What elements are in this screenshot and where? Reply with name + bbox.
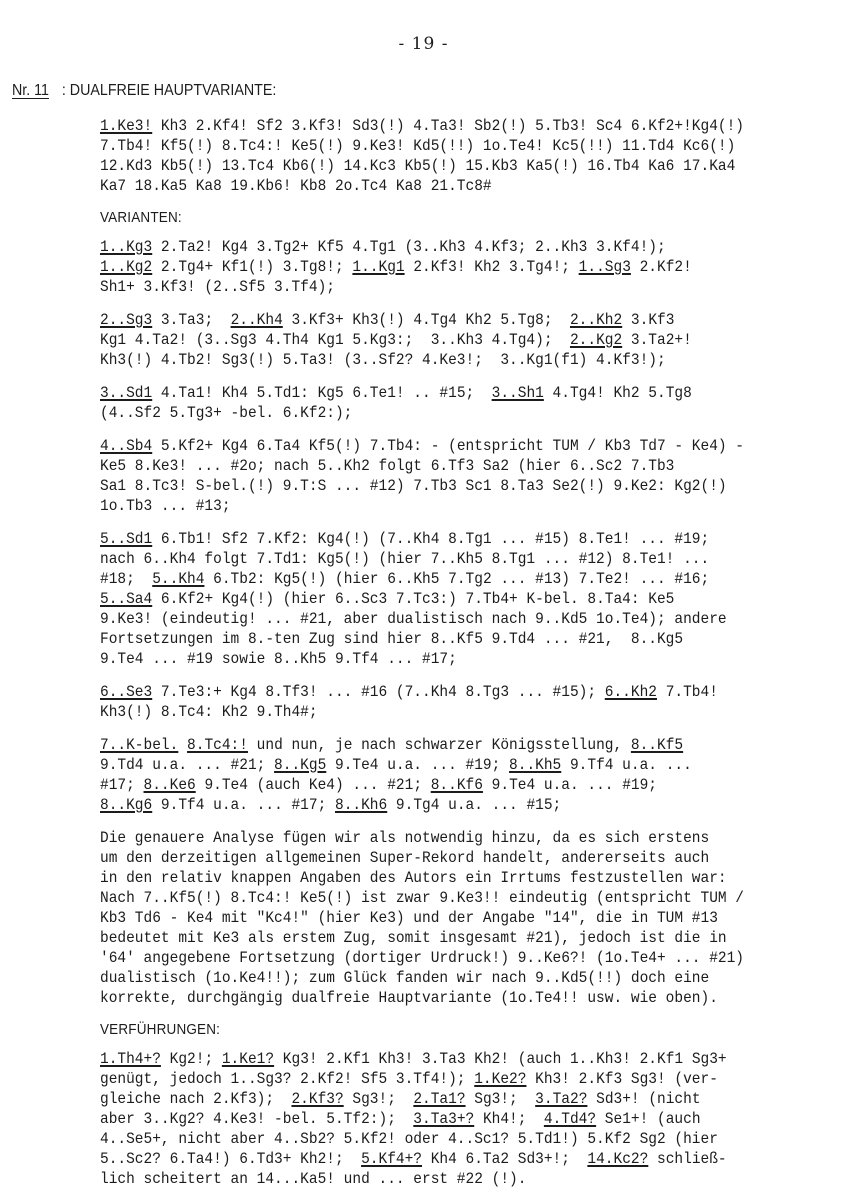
variation-paragraph: 1..Kg3 2.Ta2! Kg4 3.Tg2+ Kf5 4.Tg1 (3..K… — [100, 237, 840, 297]
variation-paragraph: 7..K-bel. 8.Tc4:! und nun, je nach schwa… — [100, 735, 840, 815]
underlined-move: 8..Kf6 — [431, 776, 483, 794]
text-line: 4..Sb4 5.Kf2+ Kg4 6.Ta4 Kf5(!) 7.Tb4: - … — [100, 436, 788, 456]
move-text: Kg2!; — [161, 1050, 222, 1068]
text-line: dualistisch (1o.Ke4!!); zum Glück fanden… — [100, 968, 788, 988]
move-text: 9.Te4 (auch Ke4) ... #21; — [196, 776, 431, 794]
underlined-move: 1.Ke2? — [474, 1070, 526, 1088]
text-line: aber 3..Kg2? 4.Ke3! -bel. 5.Tf2:); 3.Ta3… — [100, 1109, 788, 1129]
move-text: 5.Kf2+ Kg4 6.Ta4 Kf5(!) 7.Tb4: - (entspr… — [152, 437, 744, 455]
text-line: 9.Te4 ... #19 sowie 8..Kh5 9.Tf4 ... #17… — [100, 649, 788, 669]
underlined-move: 2.Kf3? — [291, 1090, 343, 1108]
move-text — [178, 736, 187, 754]
move-text: 6.Kf2+ Kg4(!) (hier 6..Sc3 7.Tc3:) 7.Tb4… — [152, 590, 674, 608]
section-heading: VARIANTEN: — [100, 209, 766, 226]
underlined-move: 2..Sg3 — [100, 311, 152, 329]
move-text: 4..Se5+, nicht aber 4..Sb2? 5.Kf2! oder … — [100, 1130, 718, 1148]
underlined-move: 8..Kg6 — [100, 796, 152, 814]
variation-paragraph: 5..Sd1 6.Tb1! Sf2 7.Kf2: Kg4(!) (7..Kh4 … — [100, 529, 840, 669]
text-line: Nach 7..Kf5(!) 8.Tc4:! Ke5(!) ist zwar 9… — [100, 888, 788, 908]
text-line: in den relativ knappen Angaben des Autor… — [100, 868, 788, 888]
problem-title: : DUALFREIE HAUPTVARIANTE: — [62, 82, 276, 99]
move-text: Kh3! 2.Kf3 Sg3! (ver- — [526, 1070, 717, 1088]
move-text: Ka7 18.Ka5 Ka8 19.Kb6! Kb8 2o.Tc4 Ka8 21… — [100, 177, 492, 195]
underlined-move: 5.Kf4+? — [361, 1150, 422, 1168]
move-text: Ke5 8.Ke3! ... #2o; nach 5..Kh2 folgt 6.… — [100, 457, 674, 475]
move-text: Sd3+! (nicht — [587, 1090, 700, 1108]
move-text: 2.Kf3! Kh2 3.Tg4!; — [405, 258, 579, 276]
move-text: 3.Ta2+! — [622, 331, 692, 349]
move-text: Sg3!; — [466, 1090, 536, 1108]
move-text: 7.Tb4! Kf5(!) 8.Tc4:! Ke5(!) 9.Ke3! Kd5(… — [100, 137, 735, 155]
underlined-move: 2..Kh4 — [231, 311, 283, 329]
move-text: 2.Tg4+ Kf1(!) 3.Tg8!; — [152, 258, 352, 276]
move-text: genügt, jedoch 1..Sg3? 2.Kf2! Sf5 3.Tf4!… — [100, 1070, 474, 1088]
text-line: lich scheitert an 14...Ka5! und ... erst… — [100, 1169, 788, 1189]
underlined-move: 6..Se3 — [100, 683, 152, 701]
section-verfuehrungen: VERFÜHRUNGEN:1.Th4+? Kg2!; 1.Ke1? Kg3! 2… — [100, 1021, 840, 1189]
underlined-move: 2.Ta1? — [413, 1090, 465, 1108]
move-text: 9.Tg4 u.a. ... #15; — [387, 796, 561, 814]
text-line: Kh3(!) 8.Tc4: Kh2 9.Th4#; — [100, 702, 788, 722]
move-text: 4.Ta1! Kh4 5.Td1: Kg5 6.Te1! .. #15; — [152, 384, 491, 402]
move-text: schließ- — [648, 1150, 726, 1168]
underlined-move: 8..Kh5 — [509, 756, 561, 774]
text-line: #17; 8..Ke6 9.Te4 (auch Ke4) ... #21; 8.… — [100, 775, 788, 795]
text-line: gleiche nach 2.Kf3); 2.Kf3? Sg3!; 2.Ta1?… — [100, 1089, 788, 1109]
underlined-move: 2..Kh2 — [570, 311, 622, 329]
text-line: Ka7 18.Ka5 Ka8 19.Kb6! Kb8 2o.Tc4 Ka8 21… — [100, 176, 788, 196]
move-text: Sh1+ 3.Kf3! (2..Sf5 3.Tf4); — [100, 278, 335, 296]
underlined-move: 1.Th4+? — [100, 1050, 161, 1068]
move-text: in den relativ knappen Angaben des Autor… — [100, 869, 727, 887]
move-text: dualistisch (1o.Ke4!!); zum Glück fanden… — [100, 969, 709, 987]
move-text: bedeutet mit Ke3 als erstem Zug, somit i… — [100, 929, 727, 947]
underlined-move: 1..Kg3 — [100, 238, 152, 256]
text-line: 7..K-bel. 8.Tc4:! und nun, je nach schwa… — [100, 735, 788, 755]
underlined-move: 1..Kg1 — [352, 258, 404, 276]
text-line: 2..Sg3 3.Ta3; 2..Kh4 3.Kf3+ Kh3(!) 4.Tg4… — [100, 310, 788, 330]
move-text: Kh3(!) 8.Tc4: Kh2 9.Th4#; — [100, 703, 318, 721]
move-text: gleiche nach 2.Kf3); — [100, 1090, 291, 1108]
move-text: 4.Tg4! Kh2 5.Tg8 — [544, 384, 692, 402]
text-line: 7.Tb4! Kf5(!) 8.Tc4:! Ke5(!) 9.Ke3! Kd5(… — [100, 136, 788, 156]
move-text: Se1+! (auch — [596, 1110, 700, 1128]
problem-number: Nr. 11 — [12, 82, 49, 99]
text-line: #18; 5..Kh4 6.Tb2: Kg5(!) (hier 6..Kh5 7… — [100, 569, 788, 589]
text-line: 4..Se5+, nicht aber 4..Sb2? 5.Kf2! oder … — [100, 1129, 788, 1149]
variation-paragraph: 3..Sd1 4.Ta1! Kh4 5.Td1: Kg5 6.Te1! .. #… — [100, 383, 840, 423]
underlined-move: 5..Sa4 — [100, 590, 152, 608]
move-text: 12.Kd3 Kb5(!) 13.Tc4 Kb6(!) 14.Kc3 Kb5(!… — [100, 157, 735, 175]
underlined-move: 4.Td4? — [544, 1110, 596, 1128]
underlined-move: 7..K-bel. — [100, 736, 178, 754]
document-body: 1.Ke3! Kh3 2.Kf4! Sf2 3.Kf3! Sd3(!) 4.Ta… — [100, 116, 840, 1202]
move-text: 9.Td4 u.a. ... #21; — [100, 756, 274, 774]
move-text: 2.Ta2! Kg4 3.Tg2+ Kf5 4.Tg1 (3..Kh3 4.Kf… — [152, 238, 665, 256]
move-text: 9.Te4 u.a. ... #19; — [483, 776, 657, 794]
move-text: 5..Sc2? 6.Ta4!) 6.Td3+ Kh2!; — [100, 1150, 361, 1168]
text-line: 1o.Tb3 ... #13; — [100, 496, 788, 516]
move-text: Kg1 4.Ta2! (3..Sg3 4.Th4 Kg1 5.Kg3:; 3..… — [100, 331, 570, 349]
variation-paragraph: 1.Th4+? Kg2!; 1.Ke1? Kg3! 2.Kf1 Kh3! 3.T… — [100, 1049, 840, 1189]
text-line: 1.Th4+? Kg2!; 1.Ke1? Kg3! 2.Kf1 Kh3! 3.T… — [100, 1049, 788, 1069]
move-text: 3.Kf3 — [622, 311, 674, 329]
move-text: 7.Te3:+ Kg4 8.Tf3! ... #16 (7..Kh4 8.Tg3… — [152, 683, 605, 701]
move-text: Kh3 2.Kf4! Sf2 3.Kf3! Sd3(!) 4.Ta3! Sb2(… — [152, 117, 744, 135]
underlined-move: 1.Ke1? — [222, 1050, 274, 1068]
text-line: 12.Kd3 Kb5(!) 13.Tc4 Kb6(!) 14.Kc3 Kb5(!… — [100, 156, 788, 176]
move-text: 9.Te4 u.a. ... #19; — [326, 756, 509, 774]
underlined-move: 8..Kh6 — [335, 796, 387, 814]
move-text: #17; — [100, 776, 144, 794]
move-text: (4..Sf2 5.Tg3+ -bel. 6.Kf2:); — [100, 404, 352, 422]
text-line: 5..Sa4 6.Kf2+ Kg4(!) (hier 6..Sc3 7.Tc3:… — [100, 589, 788, 609]
problem-header: Nr. 11: DUALFREIE HAUPTVARIANTE: — [12, 82, 276, 100]
move-text: 3.Kf3+ Kh3(!) 4.Tg4 Kh2 5.Tg8; — [283, 311, 570, 329]
move-text: Sg3!; — [344, 1090, 414, 1108]
underlined-move: 8..Kf5 — [631, 736, 683, 754]
move-text: #18; — [100, 570, 152, 588]
text-line: 5..Sd1 6.Tb1! Sf2 7.Kf2: Kg4(!) (7..Kh4 … — [100, 529, 788, 549]
variation-paragraph: 6..Se3 7.Te3:+ Kg4 8.Tf3! ... #16 (7..Kh… — [100, 682, 840, 722]
move-text: Kg3! 2.Kf1 Kh3! 3.Ta3 Kh2! (auch 1..Kh3!… — [274, 1050, 727, 1068]
move-text: 6.Tb1! Sf2 7.Kf2: Kg4(!) (7..Kh4 8.Tg1 .… — [152, 530, 709, 548]
underlined-move: 14.Kc2? — [587, 1150, 648, 1168]
move-text: Nach 7..Kf5(!) 8.Tc4:! Ke5(!) ist zwar 9… — [100, 889, 744, 907]
underlined-move: 3.Ta3+? — [413, 1110, 474, 1128]
text-line: genügt, jedoch 1..Sg3? 2.Kf2! Sf5 3.Tf4!… — [100, 1069, 788, 1089]
move-text: nach 6..Kh4 folgt 7.Td1: Kg5(!) (hier 7.… — [100, 550, 709, 568]
move-text: 9.Te4 ... #19 sowie 8..Kh5 9.Tf4 ... #17… — [100, 650, 457, 668]
underlined-move: 5..Sd1 — [100, 530, 152, 548]
move-text: 9.Ke3! (eindeutig! ... #21, aber dualist… — [100, 610, 727, 628]
section-main-line: 1.Ke3! Kh3 2.Kf4! Sf2 3.Kf3! Sd3(!) 4.Ta… — [100, 116, 840, 196]
move-text: und nun, je nach schwarzer Königsstellun… — [248, 736, 631, 754]
text-line: 9.Ke3! (eindeutig! ... #21, aber dualist… — [100, 609, 788, 629]
page-number: - 19 - — [0, 34, 847, 54]
underlined-move: 3..Sh1 — [492, 384, 544, 402]
text-line: Sa1 8.Tc3! S-bel.(!) 9.T:S ... #12) 7.Tb… — [100, 476, 788, 496]
move-text: 1o.Tb3 ... #13; — [100, 497, 231, 515]
text-line: 1..Kg2 2.Tg4+ Kf1(!) 3.Tg8!; 1..Kg1 2.Kf… — [100, 257, 788, 277]
move-text: '64' angegebene Fortsetzung (dortiger Ur… — [100, 949, 744, 967]
underlined-move: 6..Kh2 — [605, 683, 657, 701]
move-text: 9.Tf4 u.a. ... #17; — [152, 796, 335, 814]
text-line: 8..Kg6 9.Tf4 u.a. ... #17; 8..Kh6 9.Tg4 … — [100, 795, 788, 815]
underlined-move: 3..Sd1 — [100, 384, 152, 402]
text-line: nach 6..Kh4 folgt 7.Td1: Kg5(!) (hier 7.… — [100, 549, 788, 569]
underlined-move: 8.Tc4:! — [187, 736, 248, 754]
move-text: Fortsetzungen im 8.-ten Zug sind hier 8.… — [100, 630, 683, 648]
move-text: 3.Ta3; — [152, 311, 230, 329]
text-line: Ke5 8.Ke3! ... #2o; nach 5..Kh2 folgt 6.… — [100, 456, 788, 476]
underlined-move: 8..Ke6 — [144, 776, 196, 794]
move-text: lich scheitert an 14...Ka5! und ... erst… — [100, 1170, 526, 1188]
variation-paragraph: 2..Sg3 3.Ta3; 2..Kh4 3.Kf3+ Kh3(!) 4.Tg4… — [100, 310, 840, 370]
text-line: Die genauere Analyse fügen wir als notwe… — [100, 828, 788, 848]
text-line: 3..Sd1 4.Ta1! Kh4 5.Td1: Kg5 6.Te1! .. #… — [100, 383, 788, 403]
text-line: 6..Se3 7.Te3:+ Kg4 8.Tf3! ... #16 (7..Kh… — [100, 682, 788, 702]
text-line: 1..Kg3 2.Ta2! Kg4 3.Tg2+ Kf5 4.Tg1 (3..K… — [100, 237, 788, 257]
move-text: Die genauere Analyse fügen wir als notwe… — [100, 829, 709, 847]
text-line: Fortsetzungen im 8.-ten Zug sind hier 8.… — [100, 629, 788, 649]
move-text: um den derzeitigen allgemeinen Super-Rek… — [100, 849, 709, 867]
underlined-move: 3.Ta2? — [535, 1090, 587, 1108]
underlined-move: 1.Ke3! — [100, 117, 152, 135]
move-text: Kh4!; — [474, 1110, 544, 1128]
variation-paragraph: Die genauere Analyse fügen wir als notwe… — [100, 828, 840, 1008]
move-text: 2.Kf2! — [631, 258, 692, 276]
text-line: Sh1+ 3.Kf3! (2..Sf5 3.Tf4); — [100, 277, 788, 297]
section-varianten: VARIANTEN:1..Kg3 2.Ta2! Kg4 3.Tg2+ Kf5 4… — [100, 209, 840, 1008]
text-line: Kh3(!) 4.Tb2! Sg3(!) 5.Ta3! (3..Sf2? 4.K… — [100, 350, 788, 370]
text-line: Kb3 Td6 - Ke4 mit "Kc4!" (hier Ke3) und … — [100, 908, 788, 928]
variation-paragraph: 1.Ke3! Kh3 2.Kf4! Sf2 3.Kf3! Sd3(!) 4.Ta… — [100, 116, 840, 196]
move-text: Kh3(!) 4.Tb2! Sg3(!) 5.Ta3! (3..Sf2? 4.K… — [100, 351, 666, 369]
text-line: (4..Sf2 5.Tg3+ -bel. 6.Kf2:); — [100, 403, 788, 423]
text-line: korrekte, durchgängig dualfreie Hauptvar… — [100, 988, 788, 1008]
text-line: 1.Ke3! Kh3 2.Kf4! Sf2 3.Kf3! Sd3(!) 4.Ta… — [100, 116, 788, 136]
underlined-move: 5..Kh4 — [152, 570, 204, 588]
move-text: Kb3 Td6 - Ke4 mit "Kc4!" (hier Ke3) und … — [100, 909, 718, 927]
move-text: 6.Tb2: Kg5(!) (hier 6..Kh5 7.Tg2 ... #13… — [204, 570, 709, 588]
text-line: 9.Td4 u.a. ... #21; 8..Kg5 9.Te4 u.a. ..… — [100, 755, 788, 775]
text-line: bedeutet mit Ke3 als erstem Zug, somit i… — [100, 928, 788, 948]
section-heading: VERFÜHRUNGEN: — [100, 1021, 766, 1038]
underlined-move: 1..Kg2 — [100, 258, 152, 276]
move-text: korrekte, durchgängig dualfreie Hauptvar… — [100, 989, 718, 1007]
text-line: um den derzeitigen allgemeinen Super-Rek… — [100, 848, 788, 868]
underlined-move: 1..Sg3 — [579, 258, 631, 276]
variation-paragraph: 4..Sb4 5.Kf2+ Kg4 6.Ta4 Kf5(!) 7.Tb4: - … — [100, 436, 840, 516]
underlined-move: 8..Kg5 — [274, 756, 326, 774]
move-text: 9.Tf4 u.a. ... — [561, 756, 692, 774]
text-line: Kg1 4.Ta2! (3..Sg3 4.Th4 Kg1 5.Kg3:; 3..… — [100, 330, 788, 350]
underlined-move: 4..Sb4 — [100, 437, 152, 455]
move-text: 7.Tb4! — [657, 683, 718, 701]
move-text: aber 3..Kg2? 4.Ke3! -bel. 5.Tf2:); — [100, 1110, 413, 1128]
move-text: Kh4 6.Ta2 Sd3+!; — [422, 1150, 587, 1168]
text-line: '64' angegebene Fortsetzung (dortiger Ur… — [100, 948, 788, 968]
move-text: Sa1 8.Tc3! S-bel.(!) 9.T:S ... #12) 7.Tb… — [100, 477, 727, 495]
text-line: 5..Sc2? 6.Ta4!) 6.Td3+ Kh2!; 5.Kf4+? Kh4… — [100, 1149, 788, 1169]
underlined-move: 2..Kg2 — [570, 331, 622, 349]
